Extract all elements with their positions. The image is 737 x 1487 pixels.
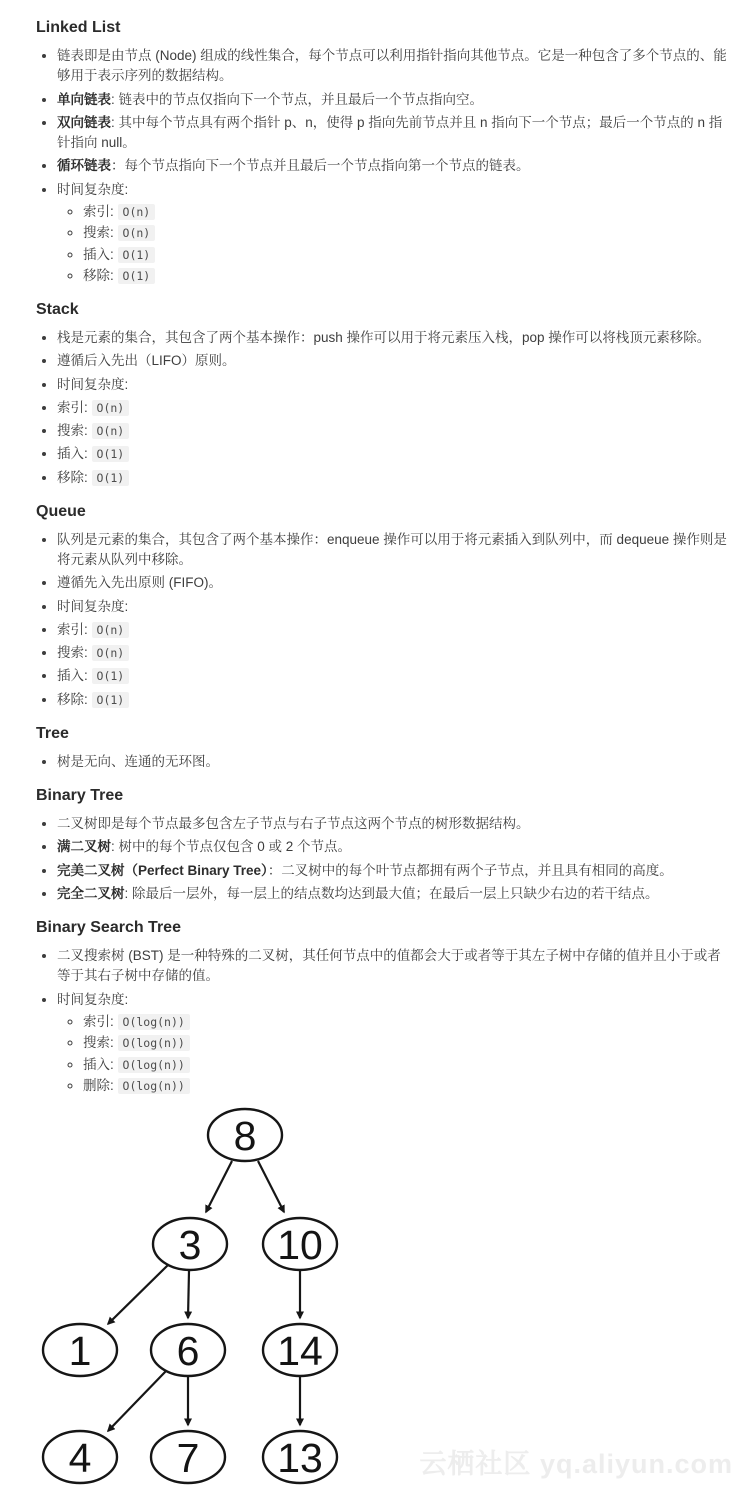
edge-8-3 (206, 1161, 232, 1212)
complexity-code: O(n) (92, 400, 130, 416)
term-perfect-binary-tree: 完美二叉树（Perfect Binary Tree） (57, 863, 268, 878)
node-label: 4 (69, 1435, 92, 1481)
list-item: 循环链表：每个节点指向下一个节点并且最后一个节点指向第一个节点的链表。 (57, 156, 727, 176)
complexity-item: 索引: O(n) (83, 202, 727, 222)
section-heading-linked-list: Linked List (36, 18, 727, 38)
complexity-code: O(log(n)) (118, 1014, 190, 1030)
list-item: 时间复杂度: 索引: O(log(n)) 搜索: O(log(n)) 插入: O… (57, 990, 727, 1097)
complexity-item: 移除: O(1) (83, 266, 727, 286)
complexity-sublist: 索引: O(log(n)) 搜索: O(log(n)) 插入: O(log(n)… (57, 1012, 727, 1096)
list-item: 遵循先入先出原则 (FIFO)。 (57, 573, 727, 593)
complexity-item: 搜索: O(n) (83, 223, 727, 243)
complexity-item: 移除: O(1) (57, 690, 727, 710)
edge-6-4 (108, 1371, 166, 1431)
term-full-binary-tree: 满二叉树 (57, 839, 111, 854)
complexity-item: 插入: O(1) (57, 444, 727, 464)
complexity-code: O(1) (118, 268, 156, 284)
binary-tree-diagram: 8 3 10 1 6 14 4 7 13 (36, 1102, 727, 1487)
article-body: Linked List 链表即是由节点 (Node) 组成的线性集合，每个节点可… (0, 0, 737, 1487)
complexity-code: O(n) (118, 204, 156, 220)
list-item: 链表即是由节点 (Node) 组成的线性集合，每个节点可以利用指针指向其他节点。… (57, 46, 727, 87)
list-item: 栈是元素的集合，其包含了两个基本操作：push 操作可以用于将元素压入栈，pop… (57, 328, 727, 348)
complexity-code: O(n) (92, 622, 130, 638)
complexity-item: 搜索: O(log(n)) (83, 1033, 727, 1053)
node-label: 6 (177, 1328, 200, 1374)
site-watermark: 云栖社区 yq.aliyun.com (419, 1442, 733, 1481)
edge-3-1 (108, 1265, 168, 1324)
term-singly-linked-list: 单向链表 (57, 92, 111, 107)
bst-diagram-svg: 8 3 10 1 6 14 4 7 13 (36, 1102, 456, 1487)
list-item: 队列是元素的集合，其包含了两个基本操作：enqueue 操作可以用于将元素插入到… (57, 530, 727, 571)
list-item: 二叉搜索树 (BST) 是一种特殊的二叉树，其任何节点中的值都会大于或者等于其左… (57, 946, 727, 987)
tree-edges (108, 1161, 300, 1431)
complexity-code: O(log(n)) (118, 1057, 190, 1073)
edge-3-6 (188, 1271, 189, 1318)
complexity-sublist: 索引: O(n) 搜索: O(n) 插入: O(1) 移除: O(1) (57, 202, 727, 286)
node-label: 3 (179, 1222, 202, 1268)
node-label: 14 (277, 1328, 323, 1374)
complexity-item: 索引: O(n) (57, 398, 727, 418)
complexity-item: 插入: O(1) (57, 666, 727, 686)
list-item: 时间复杂度: (57, 375, 727, 395)
binary-tree-bullets: 二叉树即是每个节点最多包含左子节点与右子节点这两个节点的树形数据结构。 满二叉树… (36, 814, 727, 904)
section-heading-binary-search-tree: Binary Search Tree (36, 918, 727, 938)
section-heading-binary-tree: Binary Tree (36, 786, 727, 806)
list-item: 满二叉树: 树中的每个节点仅包含 0 或 2 个节点。 (57, 837, 727, 857)
complexity-item: 搜索: O(n) (57, 643, 727, 663)
complexity-code: O(1) (92, 668, 130, 684)
complexity-code: O(log(n)) (118, 1035, 190, 1051)
complexity-item: 删除: O(log(n)) (83, 1076, 727, 1096)
complexity-code: O(1) (92, 446, 130, 462)
list-item: 时间复杂度: 索引: O(n) 搜索: O(n) 插入: O(1) 移除: O(… (57, 180, 727, 287)
list-item: 双向链表: 其中每个节点具有两个指针 p、n，使得 p 指向先前节点并且 n 指… (57, 113, 727, 154)
node-label: 10 (277, 1222, 323, 1268)
bst-bullets: 二叉搜索树 (BST) 是一种特殊的二叉树，其任何节点中的值都会大于或者等于其左… (36, 946, 727, 1096)
term-doubly-linked-list: 双向链表 (57, 115, 111, 130)
tree-bullets: 树是无向、连通的无环图。 (36, 752, 727, 772)
list-item: 单向链表: 链表中的节点仅指向下一个节点，并且最后一个节点指向空。 (57, 90, 727, 110)
complexity-code: O(n) (118, 225, 156, 241)
tree-nodes: 8 3 10 1 6 14 4 7 13 (43, 1109, 337, 1483)
complexity-item: 索引: O(log(n)) (83, 1012, 727, 1032)
term-complete-binary-tree: 完全二叉树 (57, 886, 125, 901)
complexity-code: O(1) (92, 692, 130, 708)
complexity-code: O(1) (118, 247, 156, 263)
stack-bullets: 栈是元素的集合，其包含了两个基本操作：push 操作可以用于将元素压入栈，pop… (36, 328, 727, 488)
complexity-item: 插入: O(1) (83, 245, 727, 265)
list-item: 完美二叉树（Perfect Binary Tree）：二叉树中的每个叶节点都拥有… (57, 861, 727, 881)
complexity-code: O(log(n)) (118, 1078, 190, 1094)
list-item: 二叉树即是每个节点最多包含左子节点与右子节点这两个节点的树形数据结构。 (57, 814, 727, 834)
complexity-item: 插入: O(log(n)) (83, 1055, 727, 1075)
list-item: 树是无向、连通的无环图。 (57, 752, 727, 772)
linked-list-bullets: 链表即是由节点 (Node) 组成的线性集合，每个节点可以利用指针指向其他节点。… (36, 46, 727, 286)
queue-bullets: 队列是元素的集合，其包含了两个基本操作：enqueue 操作可以用于将元素插入到… (36, 530, 727, 710)
complexity-code: O(1) (92, 470, 130, 486)
node-label: 7 (177, 1435, 200, 1481)
section-heading-stack: Stack (36, 300, 727, 320)
node-label: 8 (234, 1113, 257, 1159)
complexity-item: 索引: O(n) (57, 620, 727, 640)
list-item: 时间复杂度: (57, 597, 727, 617)
node-label: 13 (277, 1435, 323, 1481)
complexity-code: O(n) (92, 645, 130, 661)
complexity-item: 搜索: O(n) (57, 421, 727, 441)
term-circular-linked-list: 循环链表 (57, 158, 111, 173)
section-heading-queue: Queue (36, 502, 727, 522)
node-label: 1 (69, 1328, 92, 1374)
section-heading-tree: Tree (36, 724, 727, 744)
complexity-code: O(n) (92, 423, 130, 439)
list-item: 遵循后入先出（LIFO）原则。 (57, 351, 727, 371)
complexity-item: 移除: O(1) (57, 468, 727, 488)
list-item: 完全二叉树: 除最后一层外，每一层上的结点数均达到最大值；在最后一层上只缺少右边… (57, 884, 727, 904)
edge-8-10 (258, 1161, 284, 1212)
